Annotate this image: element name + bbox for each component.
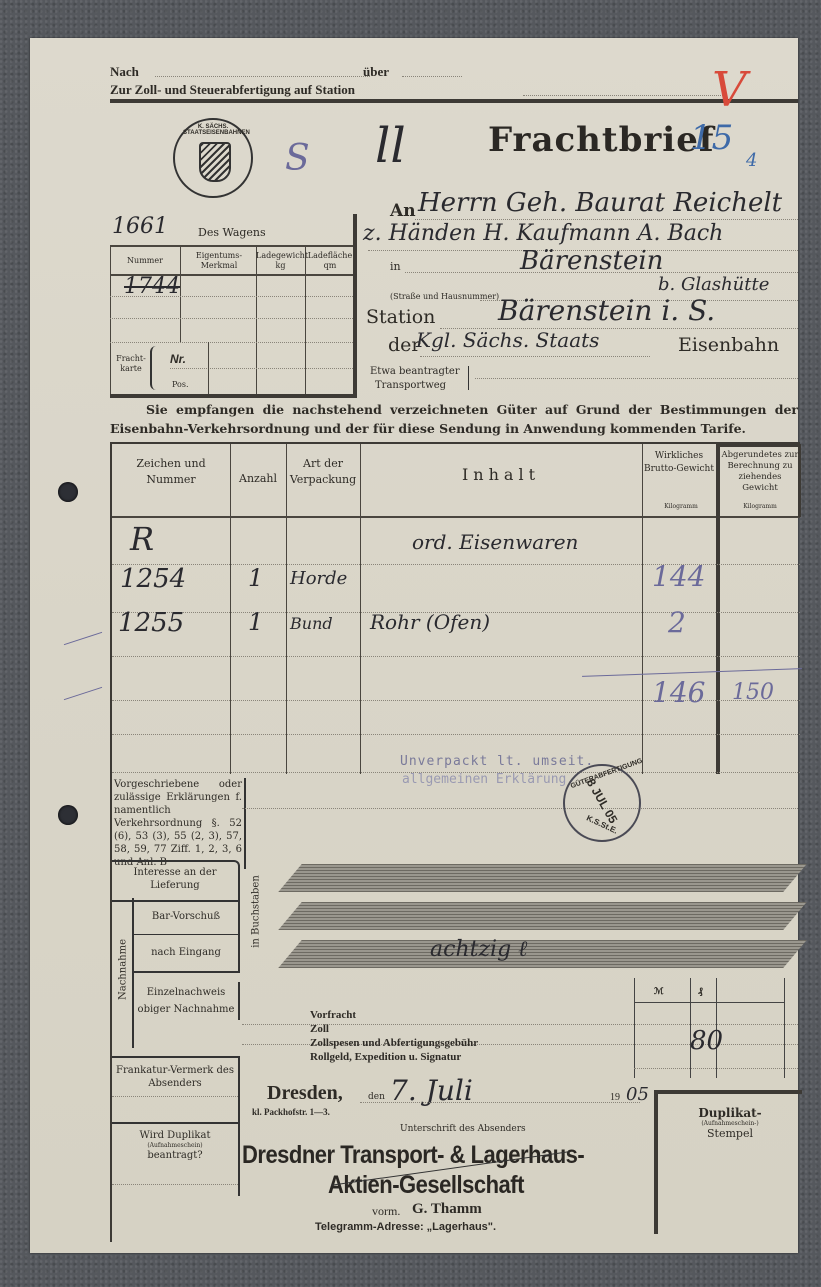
bar-vorschuss-label: Bar-Vorschuß xyxy=(134,900,240,935)
wagon-handwritten-number: 1661 xyxy=(112,214,168,239)
charges-list: Vorfracht Zoll Zollspesen und Abfertigun… xyxy=(310,1008,478,1064)
company-line1: Dresdner Transport- & Lagerhaus- xyxy=(242,1140,584,1170)
currency-pf: ₰ xyxy=(698,986,703,996)
zoll-label: Zur Zoll- und Steuerabfertigung auf Stat… xyxy=(110,82,355,98)
intro-text: Sie empfangen die nachstehend verzeichne… xyxy=(110,400,798,438)
punch-hole xyxy=(58,482,78,502)
coat-of-arms-icon xyxy=(199,142,231,182)
pos-label: Pos. xyxy=(172,380,189,390)
duplikat-question-box: Wird Duplikat (Aufnahmeschein) beantragt… xyxy=(112,1122,240,1196)
header-rule xyxy=(110,99,798,103)
wagon-col-ladeflaeche: Ladefläche qm xyxy=(306,251,354,271)
wagon-col-eigentum: Eigentums-Merkmal xyxy=(182,251,256,271)
brace xyxy=(150,346,156,390)
in-buchstaben-label: in Buchstaben xyxy=(251,872,262,952)
company-line2: Aktien-Gesellschaft xyxy=(328,1170,524,1200)
transportweg-label-2: Transportweg xyxy=(375,380,446,391)
document-title: Frachtbrief xyxy=(488,120,714,160)
wagon-col-ladegewicht: Ladegewicht kg xyxy=(256,251,305,271)
currency-mark: ℳ xyxy=(654,986,664,997)
cell-brutto-total[interactable]: 146 xyxy=(652,676,705,709)
station-label: Station xyxy=(366,306,435,328)
unit-label: Kilogramm xyxy=(720,502,800,512)
nach-label: Nach xyxy=(110,64,139,80)
red-check-mark: V xyxy=(712,62,747,118)
transportweg-field[interactable] xyxy=(475,378,798,379)
nachnahme-label: Nachnahme xyxy=(118,925,129,1015)
interesse-label: Interesse an der Lieferung xyxy=(112,862,238,892)
margin-pen-mark xyxy=(64,632,102,645)
den-label: den xyxy=(368,1092,385,1102)
handwritten-initial: ll xyxy=(375,118,406,174)
duplikat-title: Duplikat- xyxy=(658,1094,802,1120)
zoll-field[interactable] xyxy=(523,95,723,96)
handwritten-paraph: S xyxy=(285,138,310,179)
col-zeichen: Zeichen und Nummer xyxy=(112,456,230,488)
unpacked-stamp-line2: allgemeinen Erklärung xyxy=(402,772,566,787)
signature-label: Unterschrift des Absenders xyxy=(400,1124,526,1134)
cell-anzahl[interactable]: 1 xyxy=(248,564,263,592)
frankatur-box: Frankatur-Vermerk des Absenders xyxy=(112,1056,240,1124)
goods-table: Zeichen und Nummer Anzahl Art der Verpac… xyxy=(110,442,800,774)
interesse-box: Interesse an der Lieferung xyxy=(112,860,240,902)
year-suffix[interactable]: 05 xyxy=(626,1084,649,1105)
duplikat-q1: Wird Duplikat xyxy=(112,1122,238,1142)
transportweg-label: Etwa beantragter xyxy=(370,366,460,377)
wagon-box: 1661 Des Wagens Nummer Eigentums-Merkmal… xyxy=(110,214,357,398)
cell-inhalt[interactable]: ord. Eisenwaren xyxy=(412,530,578,554)
wagon-number-value[interactable]: 1744 xyxy=(124,274,180,299)
street-value[interactable]: b. Glashütte xyxy=(658,274,769,295)
ueber-field[interactable] xyxy=(402,76,462,77)
telegram-address: Telegramm-Adresse: „Lagerhaus". xyxy=(315,1221,496,1233)
unit-label: Kilogramm xyxy=(644,502,718,512)
col-verpackung: Art der Verpackung xyxy=(286,456,360,488)
nach-field[interactable] xyxy=(155,76,370,77)
cell-brutto[interactable]: 144 xyxy=(652,560,705,593)
cell-zeichen[interactable]: R xyxy=(130,520,154,558)
eisenbahn-label: Eisenbahn xyxy=(678,334,779,356)
amount-in-words[interactable]: achtzig ℓ xyxy=(430,936,527,962)
brace xyxy=(468,366,471,390)
in-rule xyxy=(405,272,798,273)
duplikat-stamp-box: Duplikat- (Aufnahmeschein-) Stempel xyxy=(654,1090,802,1234)
founder-name: G. Thamm xyxy=(412,1201,482,1218)
ueber-label: über xyxy=(363,64,389,80)
cell-verpackung[interactable]: Bund xyxy=(290,614,333,633)
cell-brutto[interactable]: 2 xyxy=(668,606,686,639)
year-prefix: 19 xyxy=(610,1092,620,1103)
an-line xyxy=(415,219,798,220)
cell-zeichen[interactable]: 1254 xyxy=(120,564,186,594)
an-label: An xyxy=(390,201,416,221)
col-inhalt: Inhalt xyxy=(360,468,642,481)
punch-hole xyxy=(58,805,78,825)
vorm-label: vorm. xyxy=(372,1204,400,1219)
hatched-field xyxy=(278,902,806,930)
sender-city: Dresden, xyxy=(267,1082,343,1105)
in-label: in xyxy=(390,260,401,273)
freight-letter-document: Nach über Zur Zoll- und Steuerabfertigun… xyxy=(30,38,798,1253)
hatched-field xyxy=(278,864,806,892)
wagon-title: Des Wagens xyxy=(198,226,266,239)
charge-zollspesen: Zollspesen und Abfertigungsgebühr xyxy=(310,1036,478,1050)
recipient-line2[interactable]: z. Händen H. Kaufmann A. Bach xyxy=(363,221,723,246)
frankatur-label: Frankatur-Vermerk des Absenders xyxy=(112,1058,238,1090)
der-rule xyxy=(420,356,650,357)
railway-seal: K. SÄCHS. STAATSEISENBAHNEN xyxy=(173,118,253,198)
duplikat-q2: (Aufnahmeschein) xyxy=(112,1142,238,1150)
station-value[interactable]: Bärenstein i. S. xyxy=(498,294,715,327)
postmark-stamp: GÜTERABFERTIGUNG 8 JUL 05 K.S.St.E. xyxy=(563,764,641,842)
recipient-name[interactable]: Herrn Geh. Baurat Reichelt xyxy=(418,188,782,218)
cell-inhalt[interactable]: Rohr (Ofen) xyxy=(370,610,490,634)
col-anzahl: Anzahl xyxy=(230,472,286,485)
nach-eingang-label: nach Eingang xyxy=(134,935,240,973)
wagon-col-nummer: Nummer xyxy=(110,256,180,266)
railway-name[interactable]: Kgl. Sächs. Staats xyxy=(416,328,599,352)
cell-abgerundet-total[interactable]: 150 xyxy=(732,680,774,705)
col-brutto: Wirkliches Brutto-Gewicht xyxy=(642,450,716,476)
hatched-field xyxy=(278,940,806,968)
margin-pen-mark xyxy=(64,687,102,700)
duplikat-sub: (Aufnahmeschein-) xyxy=(658,1120,802,1127)
sender-street: kl. Packhofstr. 1—3. xyxy=(252,1107,330,1117)
frachtkarte-label: Fracht-karte xyxy=(114,354,148,374)
duplikat-q3: beantragt? xyxy=(112,1150,238,1162)
cell-zeichen[interactable]: 1255 xyxy=(118,608,184,638)
col-abgerundet: Abgerundetes zur Berechnung zu ziehendes… xyxy=(720,450,800,494)
declarations-label: Vorgeschriebene oder zulässige Erklärung… xyxy=(114,778,246,869)
charge-vorfracht: Vorfracht xyxy=(310,1008,478,1022)
blue-sub-number: 4 xyxy=(746,150,757,171)
cell-verpackung[interactable]: Horde xyxy=(290,568,347,589)
blue-number: 15 xyxy=(690,118,733,158)
unpacked-stamp-line1: Unverpackt lt. umseit. xyxy=(400,754,594,769)
einzelnachweis-label: Einzelnachweis obiger Nachnahme xyxy=(134,982,240,1020)
charge-zollspesen-value[interactable]: 80 xyxy=(690,1026,723,1056)
cell-anzahl[interactable]: 1 xyxy=(248,608,263,636)
nr-label: Nr. xyxy=(170,352,186,366)
duplikat-label: Stempel xyxy=(658,1127,802,1140)
charge-rollgeld: Rollgeld, Expedition u. Signatur xyxy=(310,1050,478,1064)
nachnahme-side: Nachnahme xyxy=(112,898,134,1048)
charge-zoll: Zoll xyxy=(310,1022,478,1036)
